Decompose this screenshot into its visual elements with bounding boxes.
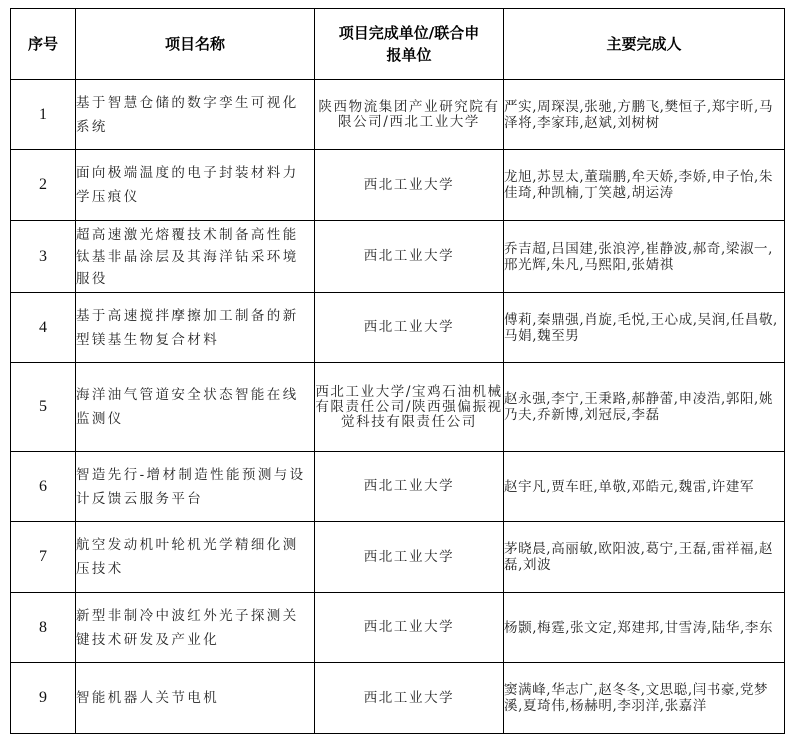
row-project-name: 面向极端温度的电子封装材料力学压痕仪	[76, 150, 315, 221]
row-project-name: 航空发动机叶轮机光学精细化测压技术	[76, 522, 315, 593]
row-project-name: 基于智慧仓储的数字孪生可视化系统	[76, 80, 315, 150]
row-project-name: 基于高速搅拌摩擦加工制备的新型镁基生物复合材料	[76, 293, 315, 363]
row-main-contributors: 杨颢,梅霆,张文定,郑建邦,甘雪涛,陆华,李东	[504, 593, 785, 663]
table-row: 2 面向极端温度的电子封装材料力学压痕仪 西北工业大学 龙旭,苏昱太,董瑞鹏,牟…	[11, 150, 785, 221]
row-main-contributors: 赵宇凡,贾车旺,单敬,邓皓元,魏雷,许建军	[504, 452, 785, 522]
row-project-name: 超高速激光熔覆技术制备高性能钛基非晶涂层及其海洋钻采环境服役	[76, 221, 315, 293]
row-serial-number: 2	[11, 150, 76, 221]
row-completion-unit: 西北工业大学/宝鸡石油机械有限责任公司/陕西强偏振视觉科技有限责任公司	[315, 363, 504, 452]
row-serial-number: 6	[11, 452, 76, 522]
row-project-name: 海洋油气管道安全状态智能在线监测仪	[76, 363, 315, 452]
row-serial-number: 8	[11, 593, 76, 663]
header-project-name: 项目名称	[76, 9, 315, 80]
table-row: 8 新型非制冷中波红外光子探测关键技术研发及产业化 西北工业大学 杨颢,梅霆,张…	[11, 593, 785, 663]
row-completion-unit: 西北工业大学	[315, 663, 504, 734]
row-completion-unit: 西北工业大学	[315, 221, 504, 293]
row-main-contributors: 赵永强,李宁,王秉路,郝静蕾,申凌浩,郭阳,姚乃夫,乔新博,刘冠辰,李磊	[504, 363, 785, 452]
row-serial-number: 7	[11, 522, 76, 593]
row-main-contributors: 傅莉,秦鼎强,肖旋,毛悦,王心成,吴润,任昌敬,马娟,魏至男	[504, 293, 785, 363]
row-main-contributors: 窦满峰,华志广,赵冬冬,文思聪,闫书豪,党梦溪,夏琦伟,杨赫明,李羽洋,张嘉洋	[504, 663, 785, 734]
row-main-contributors: 茅晓晨,高丽敏,欧阳波,葛宁,王磊,雷祥福,赵磊,刘波	[504, 522, 785, 593]
table-row: 4 基于高速搅拌摩擦加工制备的新型镁基生物复合材料 西北工业大学 傅莉,秦鼎强,…	[11, 293, 785, 363]
header-serial-number: 序号	[11, 9, 76, 80]
row-serial-number: 9	[11, 663, 76, 734]
row-completion-unit: 西北工业大学	[315, 522, 504, 593]
table-row: 5 海洋油气管道安全状态智能在线监测仪 西北工业大学/宝鸡石油机械有限责任公司/…	[11, 363, 785, 452]
awards-table: 序号 项目名称 项目完成单位/联合申报单位 主要完成人 1 基于智慧仓储的数字孪…	[10, 8, 785, 734]
header-main-contributors: 主要完成人	[504, 9, 785, 80]
table-row: 3 超高速激光熔覆技术制备高性能钛基非晶涂层及其海洋钻采环境服役 西北工业大学 …	[11, 221, 785, 293]
table-row: 9 智能机器人关节电机 西北工业大学 窦满峰,华志广,赵冬冬,文思聪,闫书豪,党…	[11, 663, 785, 734]
header-completion-unit: 项目完成单位/联合申报单位	[315, 9, 504, 80]
row-serial-number: 1	[11, 80, 76, 150]
row-serial-number: 5	[11, 363, 76, 452]
row-completion-unit: 西北工业大学	[315, 150, 504, 221]
row-serial-number: 3	[11, 221, 76, 293]
row-main-contributors: 严实,周琛淏,张驰,方鹏飞,樊恒子,郑宇昕,马泽将,李家玮,赵斌,刘树树	[504, 80, 785, 150]
row-main-contributors: 乔吉超,吕国建,张浪渟,崔静波,郝奇,梁淑一,邢光辉,朱凡,马熙阳,张婧祺	[504, 221, 785, 293]
row-main-contributors: 龙旭,苏昱太,董瑞鹏,牟天娇,李娇,申子怡,朱佳琦,种凯楠,丁笑越,胡运涛	[504, 150, 785, 221]
table-row: 1 基于智慧仓储的数字孪生可视化系统 陕西物流集团产业研究院有限公司/西北工业大…	[11, 80, 785, 150]
table-row: 6 智造先行-增材制造性能预测与设计反馈云服务平台 西北工业大学 赵宇凡,贾车旺…	[11, 452, 785, 522]
row-completion-unit: 西北工业大学	[315, 452, 504, 522]
row-completion-unit: 西北工业大学	[315, 293, 504, 363]
row-project-name: 新型非制冷中波红外光子探测关键技术研发及产业化	[76, 593, 315, 663]
table-header-row: 序号 项目名称 项目完成单位/联合申报单位 主要完成人	[11, 9, 785, 80]
row-project-name: 智造先行-增材制造性能预测与设计反馈云服务平台	[76, 452, 315, 522]
table-row: 7 航空发动机叶轮机光学精细化测压技术 西北工业大学 茅晓晨,高丽敏,欧阳波,葛…	[11, 522, 785, 593]
row-completion-unit: 西北工业大学	[315, 593, 504, 663]
row-project-name: 智能机器人关节电机	[76, 663, 315, 734]
row-serial-number: 4	[11, 293, 76, 363]
row-completion-unit: 陕西物流集团产业研究院有限公司/西北工业大学	[315, 80, 504, 150]
